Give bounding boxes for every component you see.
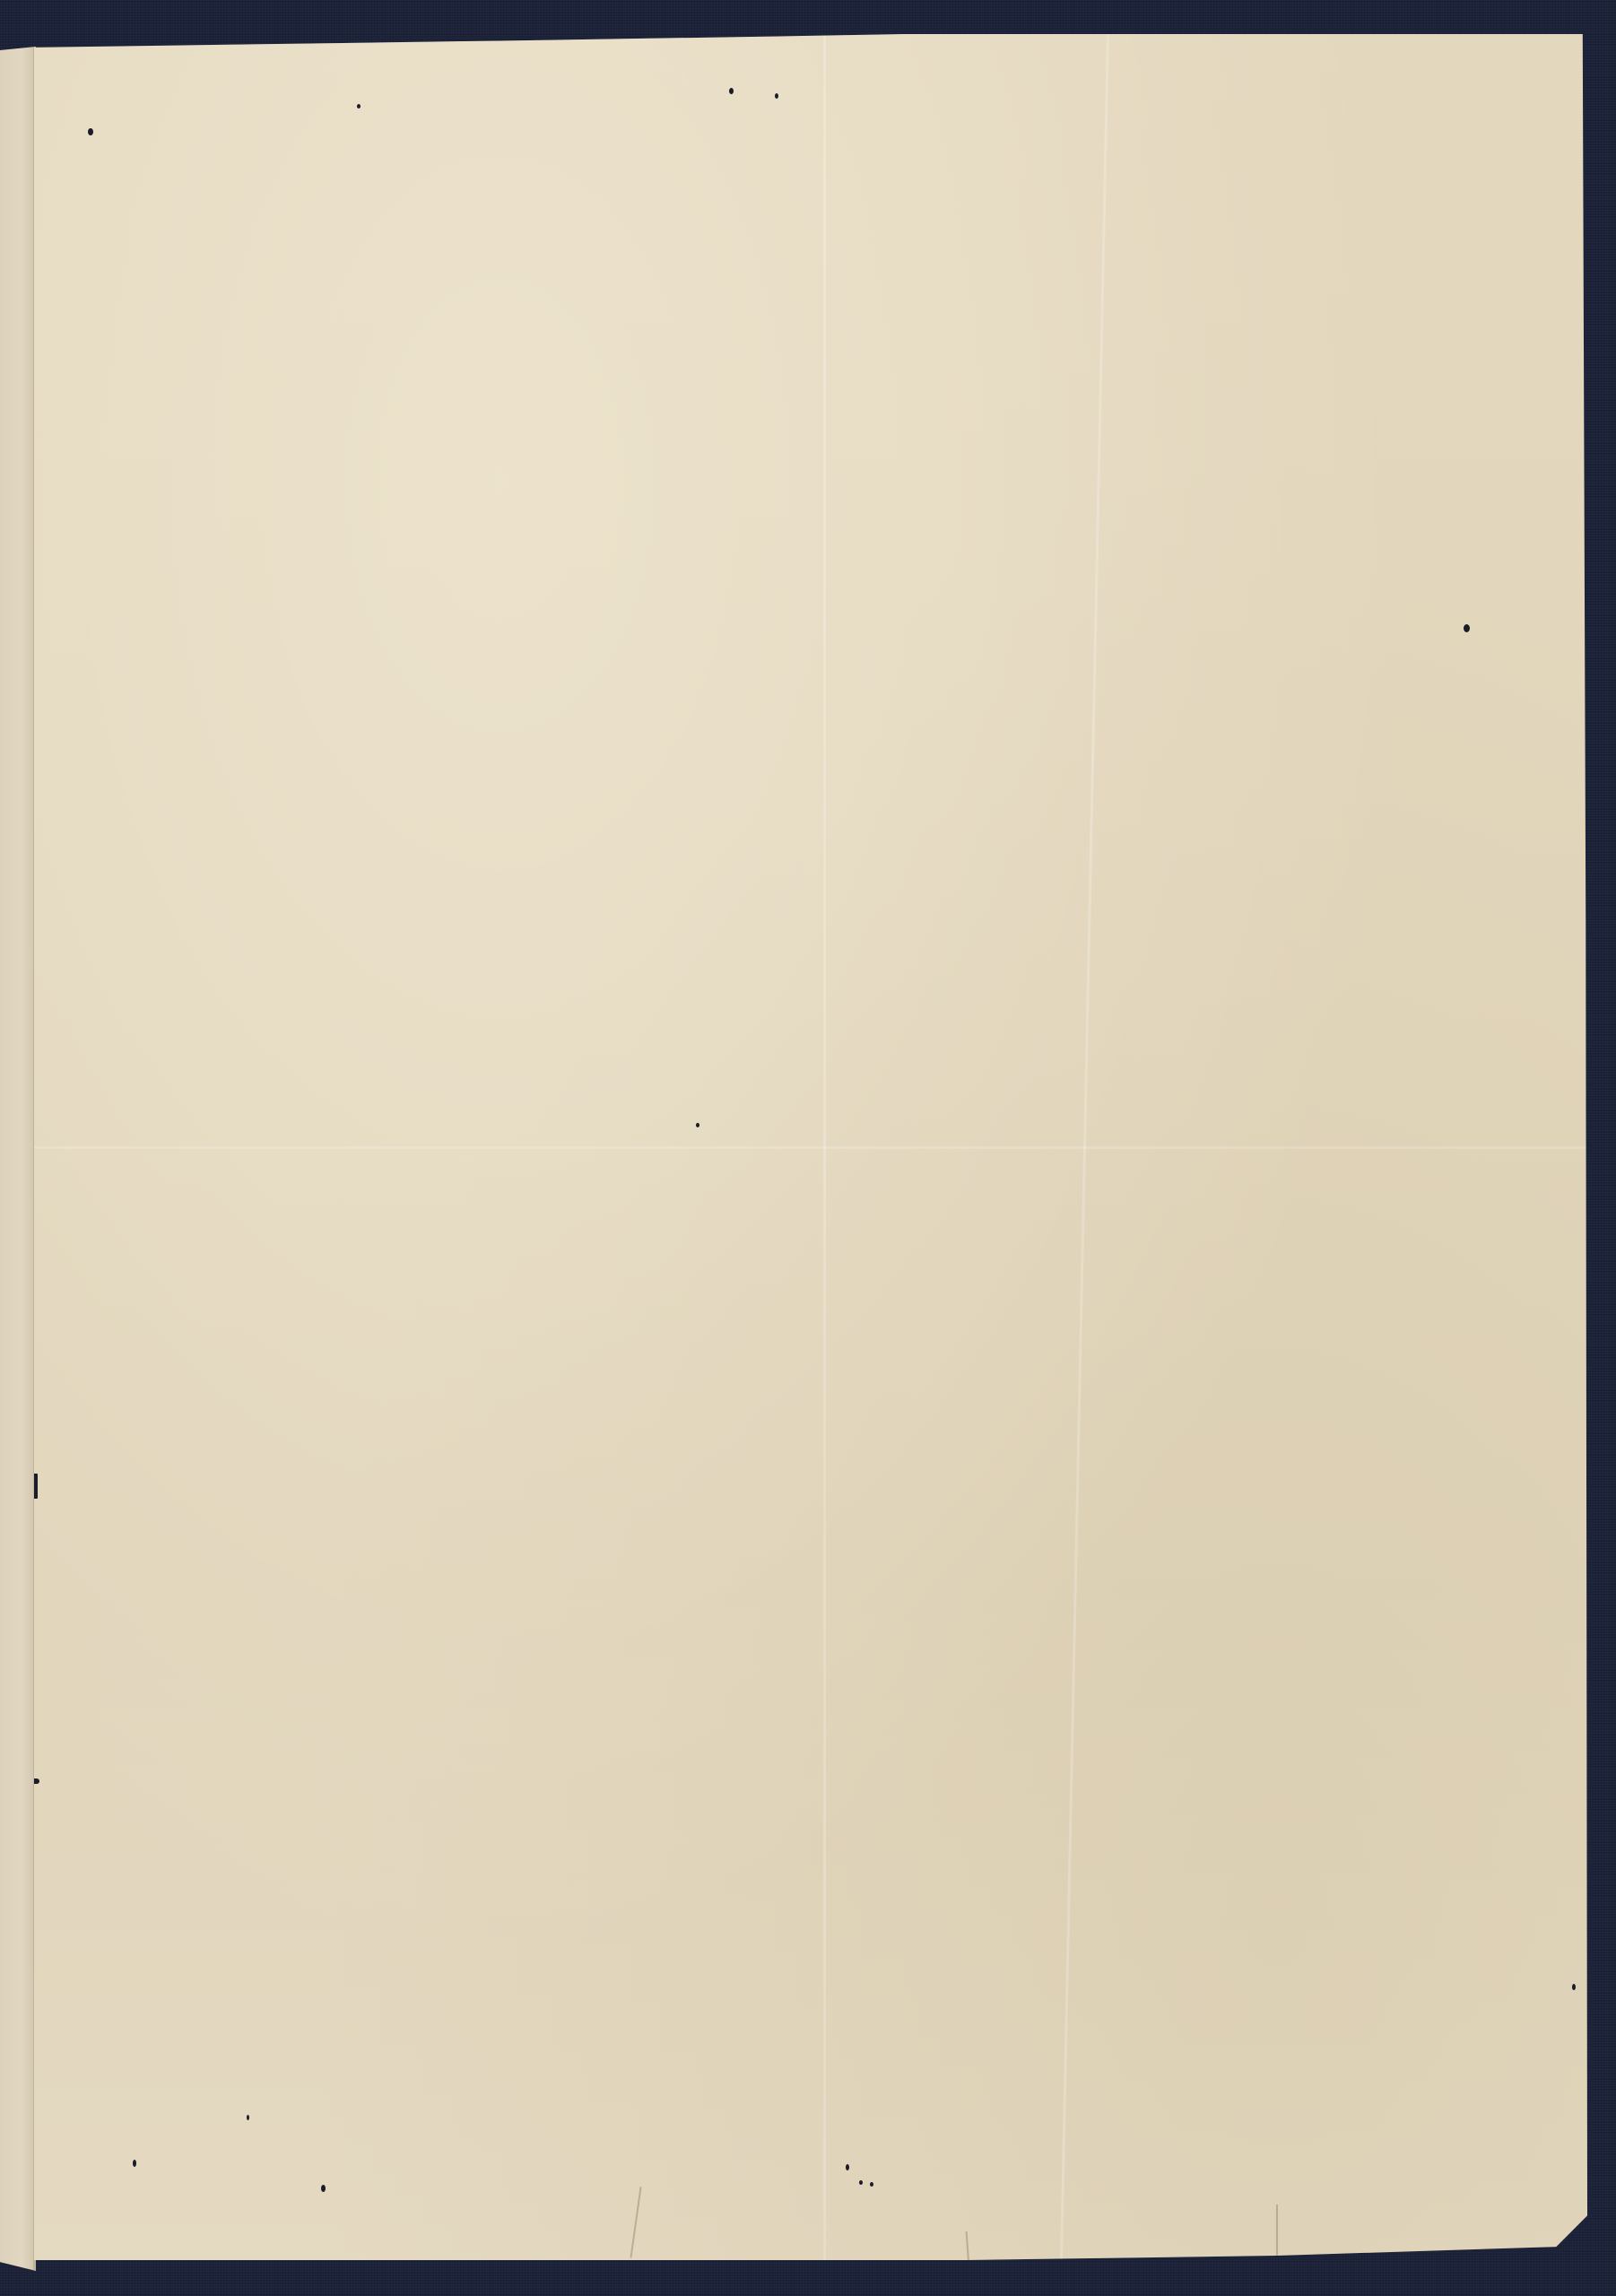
wormhole-speck [133,2160,136,2167]
tear-mark [630,2187,641,2258]
wormhole-speck [729,88,734,94]
adjacent-page-edge [0,47,36,2271]
wormhole-speck [870,2182,873,2187]
wormhole-speck [696,1123,699,1127]
wormhole-speck [859,2180,863,2185]
blank-paper-page [34,34,1587,2260]
wormhole-speck [1572,1984,1576,1990]
wormhole-speck [1464,624,1470,632]
wormhole-speck [247,2115,249,2120]
wormhole-speck [321,2185,326,2192]
wormhole-speck [357,104,361,109]
wormhole-speck [88,128,93,135]
tear-mark [1276,2205,1278,2258]
wormhole-speck [846,2164,849,2170]
fold-line [34,1146,1587,1149]
wormhole-speck [775,93,778,99]
